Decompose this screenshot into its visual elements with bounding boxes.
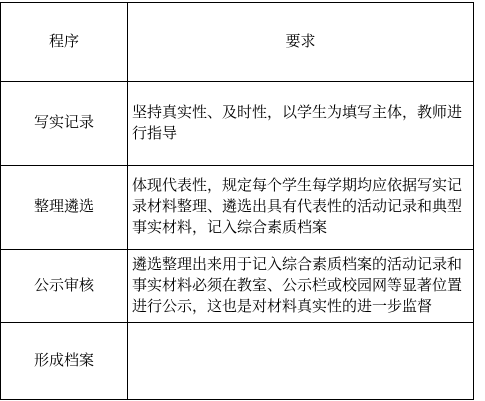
procedure-label: 整理遴选 (34, 197, 94, 218)
procedure-label: 形成档案 (34, 351, 94, 372)
header-procedure-label: 程序 (49, 32, 79, 53)
table-row-2-requirement-cell: 体现代表性，规定每个学生每学期均应依据写实记录材料整理、遴选出具有代表性的活动记… (128, 166, 473, 250)
procedure-label: 写实记录 (34, 113, 94, 134)
header-cell-procedure: 程序 (1, 3, 128, 82)
header-requirement-label: 要求 (285, 32, 315, 53)
table-row-1-procedure-cell: 写实记录 (1, 82, 128, 166)
table-row-2-procedure-cell: 整理遴选 (1, 166, 128, 250)
table-row-4-requirement-cell (128, 323, 473, 399)
table-row-4-procedure-cell: 形成档案 (1, 323, 128, 399)
procedure-label: 公示审核 (34, 276, 94, 297)
table-row-3-requirement-cell: 遴选整理出来用于记入综合素质档案的活动记录和事实材料必须在教室、公示栏或校园网等… (128, 250, 473, 323)
requirement-text: 体现代表性，规定每个学生每学期均应依据写实记录材料整理、遴选出具有代表性的活动记… (132, 176, 469, 239)
header-cell-requirement: 要求 (128, 3, 473, 82)
procedures-requirements-table: 程序 要求 写实记录 坚持真实性、及时性，以学生为填写主体，教师进行指导 整理遴… (0, 2, 474, 400)
requirement-text: 坚持真实性、及时性，以学生为填写主体，教师进行指导 (132, 103, 469, 145)
table-row-3-procedure-cell: 公示审核 (1, 250, 128, 323)
requirement-text: 遴选整理出来用于记入综合素质档案的活动记录和事实材料必须在教室、公示栏或校园网等… (132, 255, 469, 318)
table-row-1-requirement-cell: 坚持真实性、及时性，以学生为填写主体，教师进行指导 (128, 82, 473, 166)
